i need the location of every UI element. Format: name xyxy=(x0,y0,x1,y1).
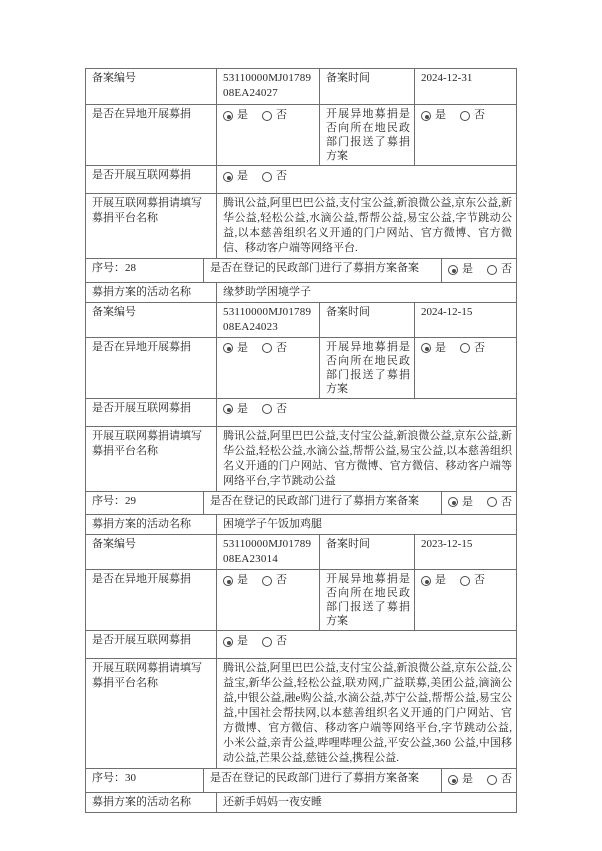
filing-no-label: 备案编号 xyxy=(86,69,216,104)
radio-no-label: 否 xyxy=(474,341,485,356)
radio-yes-icon[interactable] xyxy=(448,775,458,785)
internet-radio-group: 是否 xyxy=(223,401,287,417)
activity-name-row: 募捐方案的活动名称 还新手妈妈一夜安睡 xyxy=(86,792,516,812)
filing-header-row: 备案编号 53110000MJ0178908EA24023 备案时间 2024-… xyxy=(86,302,516,337)
radio-yes-icon[interactable] xyxy=(223,172,233,182)
platforms-row: 开展互联网募捐请填写募捐平台名称 腾讯公益,阿里巴巴公益,支付宝公益,新浪微公益… xyxy=(86,658,516,768)
filed-radio-group: 是否 xyxy=(448,261,512,277)
radio-yes-icon[interactable] xyxy=(223,343,233,353)
offsite-report-label: 开展异地募捐是否向所在地民政部门报送了募捐方案 xyxy=(319,105,414,165)
radio-no-label: 否 xyxy=(276,108,287,123)
offsite-radio-group: 是否 xyxy=(223,572,287,588)
seq-label: 序号： xyxy=(92,772,125,784)
offsite-label: 是否在异地开展募捐 xyxy=(86,338,216,398)
seq-value: 28 xyxy=(125,262,136,274)
offsite-value: 是否 xyxy=(216,570,319,630)
radio-yes-icon[interactable] xyxy=(223,111,233,121)
activity-name-row: 募捐方案的活动名称 缘梦助学困境学子 xyxy=(86,282,516,302)
filed-question-value: 是否 xyxy=(441,769,516,792)
filed-radio-group: 是否 xyxy=(448,771,512,787)
internet-label: 是否开展互联网募捐 xyxy=(86,399,216,426)
offsite-radio-group: 是否 xyxy=(223,107,287,123)
radio-no-label: 否 xyxy=(276,573,287,588)
seq-cell: 序号：28 xyxy=(86,259,203,282)
offsite-value: 是否 xyxy=(216,338,319,398)
filed-question-label: 是否在登记的民政部门进行了募捐方案备案 xyxy=(203,259,441,282)
offsite-label: 是否在异地开展募捐 xyxy=(86,105,216,165)
internet-radio-group: 是否 xyxy=(223,168,287,184)
radio-yes-icon[interactable] xyxy=(421,111,431,121)
activity-name-label: 募捐方案的活动名称 xyxy=(86,515,216,534)
filing-header-row: 备案编号 53110000MJ0178908EA23014 备案时间 2023-… xyxy=(86,534,516,569)
seq-row: 序号：28 是否在登记的民政部门进行了募捐方案备案 是否 xyxy=(86,258,516,282)
offsite-report-radio-group: 是否 xyxy=(421,572,485,588)
radio-no-icon[interactable] xyxy=(262,343,272,353)
seq-cell: 序号：30 xyxy=(86,769,203,792)
platforms-label: 开展互联网募捐请填写募捐平台名称 xyxy=(86,659,216,768)
radio-yes-label: 是 xyxy=(462,772,473,787)
radio-no-label: 否 xyxy=(276,341,287,356)
radio-no-label: 否 xyxy=(501,495,512,510)
radio-yes-icon[interactable] xyxy=(223,637,233,647)
radio-no-label: 否 xyxy=(276,402,287,417)
internet-value: 是否 xyxy=(216,166,516,193)
radio-no-icon[interactable] xyxy=(262,576,272,586)
filing-no-value: 53110000MJ0178908EA24023 xyxy=(216,303,319,337)
radio-no-label: 否 xyxy=(474,108,485,123)
filing-time-value: 2023-12-15 xyxy=(414,535,516,569)
filed-radio-group: 是否 xyxy=(448,494,512,510)
radio-yes-label: 是 xyxy=(237,634,248,649)
offsite-fundraising-row: 是否在异地开展募捐 是否 开展异地募捐是否向所在地民政部门报送了募捐方案 是否 xyxy=(86,337,516,398)
offsite-report-value: 是否 xyxy=(414,338,516,398)
filed-question-value: 是否 xyxy=(441,492,516,515)
radio-yes-label: 是 xyxy=(237,108,248,123)
radio-yes-label: 是 xyxy=(237,341,248,356)
platforms-value: 腾讯公益,阿里巴巴公益,支付宝公益,新浪微公益,京东公益,公益宝,新华公益,轻松… xyxy=(216,659,516,768)
offsite-radio-group: 是否 xyxy=(223,340,287,356)
radio-no-icon[interactable] xyxy=(460,111,470,121)
offsite-report-value: 是否 xyxy=(414,570,516,630)
filing-no-value: 53110000MJ0178908EA24027 xyxy=(216,69,319,104)
internet-value: 是否 xyxy=(216,399,516,426)
filing-time-label: 备案时间 xyxy=(319,303,414,337)
platforms-row: 开展互联网募捐请填写募捐平台名称 腾讯公益,阿里巴巴公益,支付宝公益,新浪微公益… xyxy=(86,426,516,491)
platforms-label: 开展互联网募捐请填写募捐平台名称 xyxy=(86,194,216,258)
internet-label: 是否开展互联网募捐 xyxy=(86,631,216,658)
radio-no-label: 否 xyxy=(474,573,485,588)
offsite-value: 是否 xyxy=(216,105,319,165)
filed-question-value: 是否 xyxy=(441,259,516,282)
offsite-fundraising-row: 是否在异地开展募捐 是否 开展异地募捐是否向所在地民政部门报送了募捐方案 是否 xyxy=(86,569,516,630)
seq-cell: 序号：29 xyxy=(86,492,203,515)
platforms-label: 开展互联网募捐请填写募捐平台名称 xyxy=(86,427,216,491)
seq-value: 30 xyxy=(125,772,136,784)
radio-yes-icon[interactable] xyxy=(421,343,431,353)
radio-no-icon[interactable] xyxy=(460,343,470,353)
radio-no-label: 否 xyxy=(276,634,287,649)
activity-name-value: 困境学子午饭加鸡腿 xyxy=(216,515,516,534)
filed-question-label: 是否在登记的民政部门进行了募捐方案备案 xyxy=(203,492,441,515)
activity-name-value: 缘梦助学困境学子 xyxy=(216,283,516,302)
radio-no-icon[interactable] xyxy=(487,265,497,275)
seq-value: 29 xyxy=(125,495,136,507)
radio-yes-label: 是 xyxy=(435,341,446,356)
internet-fundraising-row: 是否开展互联网募捐 是否 xyxy=(86,165,516,193)
radio-no-label: 否 xyxy=(501,262,512,277)
radio-no-icon[interactable] xyxy=(460,576,470,586)
radio-yes-label: 是 xyxy=(435,108,446,123)
filing-no-label: 备案编号 xyxy=(86,303,216,337)
filing-time-value: 2024-12-31 xyxy=(414,69,516,104)
document-page: 备案编号 53110000MJ0178908EA24027 备案时间 2024-… xyxy=(0,0,602,851)
radio-yes-label: 是 xyxy=(237,402,248,417)
internet-fundraising-row: 是否开展互联网募捐 是否 xyxy=(86,398,516,426)
internet-value: 是否 xyxy=(216,631,516,658)
radio-no-icon[interactable] xyxy=(262,404,272,414)
offsite-report-label: 开展异地募捐是否向所在地民政部门报送了募捐方案 xyxy=(319,570,414,630)
filing-time-value: 2024-12-15 xyxy=(414,303,516,337)
radio-no-label: 否 xyxy=(501,772,512,787)
radio-yes-label: 是 xyxy=(462,495,473,510)
platforms-value: 腾讯公益,阿里巴巴公益,支付宝公益,新浪微公益,京东公益,新华公益,轻松公益,水… xyxy=(216,427,516,491)
seq-label: 序号： xyxy=(92,262,125,274)
filed-question-label: 是否在登记的民政部门进行了募捐方案备案 xyxy=(203,769,441,792)
radio-yes-icon[interactable] xyxy=(421,576,431,586)
offsite-report-radio-group: 是否 xyxy=(421,340,485,356)
radio-no-icon[interactable] xyxy=(487,497,497,507)
radio-no-icon[interactable] xyxy=(262,637,272,647)
radio-no-icon[interactable] xyxy=(262,172,272,182)
fundraising-filing-table: 备案编号 53110000MJ0178908EA24027 备案时间 2024-… xyxy=(85,68,517,813)
offsite-report-value: 是否 xyxy=(414,105,516,165)
radio-no-icon[interactable] xyxy=(487,775,497,785)
filing-time-label: 备案时间 xyxy=(319,69,414,104)
filing-no-value: 53110000MJ0178908EA23014 xyxy=(216,535,319,569)
filing-header-row: 备案编号 53110000MJ0178908EA24027 备案时间 2024-… xyxy=(86,69,516,104)
internet-radio-group: 是否 xyxy=(223,633,287,649)
filing-no-label: 备案编号 xyxy=(86,535,216,569)
activity-name-value: 还新手妈妈一夜安睡 xyxy=(216,793,516,812)
activity-name-label: 募捐方案的活动名称 xyxy=(86,283,216,302)
radio-no-icon[interactable] xyxy=(262,111,272,121)
radio-yes-label: 是 xyxy=(237,169,248,184)
radio-yes-label: 是 xyxy=(462,262,473,277)
offsite-report-radio-group: 是否 xyxy=(421,107,485,123)
activity-name-row: 募捐方案的活动名称 困境学子午饭加鸡腿 xyxy=(86,514,516,534)
offsite-fundraising-row: 是否在异地开展募捐 是否 开展异地募捐是否向所在地民政部门报送了募捐方案 是否 xyxy=(86,104,516,165)
internet-fundraising-row: 是否开展互联网募捐 是否 xyxy=(86,630,516,658)
platforms-row: 开展互联网募捐请填写募捐平台名称 腾讯公益,阿里巴巴公益,支付宝公益,新浪微公益… xyxy=(86,193,516,258)
seq-label: 序号： xyxy=(92,495,125,507)
radio-yes-icon[interactable] xyxy=(223,404,233,414)
radio-yes-icon[interactable] xyxy=(448,265,458,275)
internet-label: 是否开展互联网募捐 xyxy=(86,166,216,193)
activity-name-label: 募捐方案的活动名称 xyxy=(86,793,216,812)
seq-row: 序号：29 是否在登记的民政部门进行了募捐方案备案 是否 xyxy=(86,491,516,515)
platforms-value: 腾讯公益,阿里巴巴公益,支付宝公益,新浪微公益,京东公益,新华公益,轻松公益,水… xyxy=(216,194,516,258)
radio-yes-label: 是 xyxy=(435,573,446,588)
radio-yes-icon[interactable] xyxy=(223,576,233,586)
filing-time-label: 备案时间 xyxy=(319,535,414,569)
seq-row: 序号：30 是否在登记的民政部门进行了募捐方案备案 是否 xyxy=(86,768,516,792)
radio-yes-icon[interactable] xyxy=(448,497,458,507)
radio-no-label: 否 xyxy=(276,169,287,184)
offsite-report-label: 开展异地募捐是否向所在地民政部门报送了募捐方案 xyxy=(319,338,414,398)
radio-yes-label: 是 xyxy=(237,573,248,588)
offsite-label: 是否在异地开展募捐 xyxy=(86,570,216,630)
